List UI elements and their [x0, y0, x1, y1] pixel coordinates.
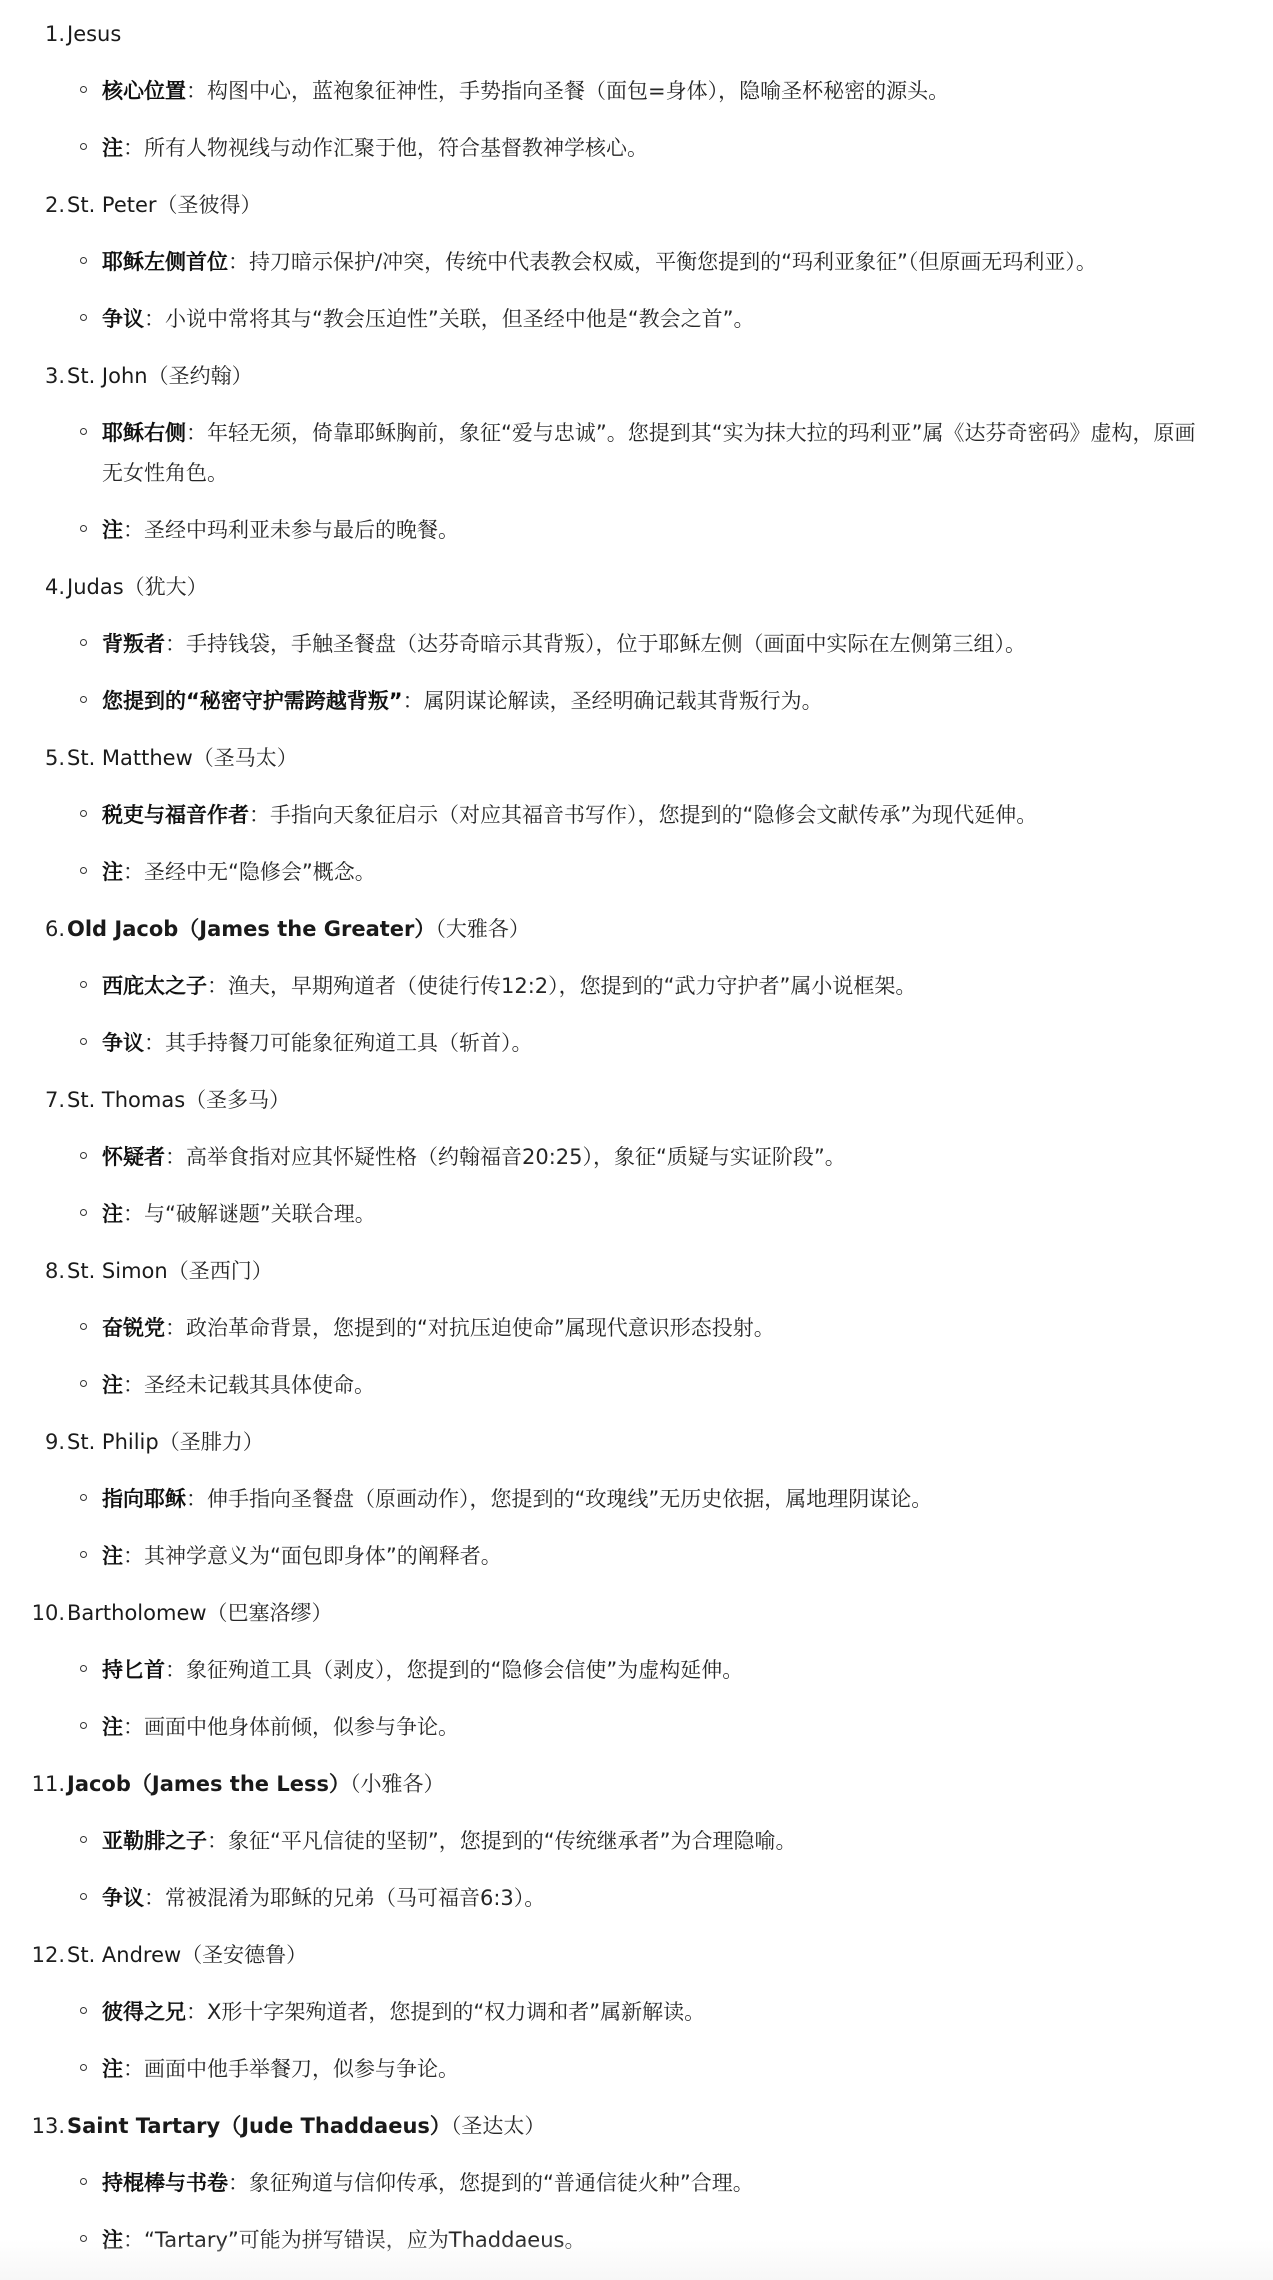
hollow-circle-bullet-icon — [80, 1494, 87, 1501]
note-label: 争议 — [102, 1031, 144, 1055]
apostle-name-english: St. Thomas — [67, 1088, 185, 1112]
note-list: 背叛者：手持钱袋，手触圣餐盘（达芬奇暗示其背叛），位于耶稣左侧（画面中实际在左侧… — [67, 624, 1200, 721]
apostle-name-english: Judas — [67, 575, 124, 599]
apostle-item: 12.St. Andrew（圣安德鲁）彼得之兄：X形十字架殉道者，您提到的“权力… — [67, 1935, 1200, 2089]
list-number: 9. — [45, 1422, 65, 1462]
note-item: 奋锐党：政治革命背景，您提到的“对抗压迫使命”属现代意识形态投射。 — [67, 1308, 1200, 1348]
note-label: 争议 — [102, 307, 144, 331]
note-text: 常被混淆为耶稣的兄弟（马可福音6:3）。 — [165, 1886, 545, 1910]
note-separator: ： — [123, 1544, 144, 1568]
note-label: 西庇太之子 — [102, 974, 207, 998]
apostle-heading: 7.St. Thomas（圣多马） — [67, 1080, 1200, 1120]
note-label: 您提到的“秘密守护需跨越背叛” — [102, 689, 403, 713]
note-label: 注 — [102, 518, 123, 542]
apostle-item: 13.Saint Tartary（Jude Thaddaeus）（圣达太）持棍棒… — [67, 2106, 1200, 2260]
apostle-name-chinese: （大雅各） — [435, 917, 530, 941]
hollow-circle-bullet-icon — [80, 525, 87, 532]
note-text: 伸手指向圣餐盘（原画动作），您提到的“玫瑰线”无历史依据，属地理阴谋论。 — [207, 1487, 932, 1511]
note-item: 注：圣经未记载其具体使命。 — [67, 1365, 1200, 1405]
note-label: 持匕首 — [102, 1658, 165, 1682]
note-label: 争议 — [102, 1886, 144, 1910]
note-item: 背叛者：手持钱袋，手触圣餐盘（达芬奇暗示其背叛），位于耶稣左侧（画面中实际在左侧… — [67, 624, 1200, 664]
hollow-circle-bullet-icon — [80, 810, 87, 817]
list-number: 3. — [45, 356, 65, 396]
apostle-name-english: Jesus — [67, 22, 121, 46]
hollow-circle-bullet-icon — [80, 1152, 87, 1159]
note-text: 高举食指对应其怀疑性格（约翰福音20:25），象征“质疑与实证阶段”。 — [186, 1145, 846, 1169]
apostle-heading: 4.Judas（犹大） — [67, 567, 1200, 607]
apostle-name-english: Old Jacob（James the Greater） — [67, 917, 435, 941]
note-separator: ： — [165, 1316, 186, 1340]
note-item: 注：其神学意义为“面包即身体”的阐释者。 — [67, 1536, 1200, 1576]
note-label: 耶稣右侧 — [102, 421, 186, 445]
note-separator: ： — [186, 421, 207, 445]
note-item: 耶稣右侧：年轻无须，倚靠耶稣胸前，象征“爱与忠诚”。您提到其“实为抹大拉的玛利亚… — [67, 413, 1200, 493]
apostle-item: 11.Jacob（James the Less）（小雅各）亚勒腓之子：象征“平凡… — [67, 1764, 1200, 1918]
apostle-item: 6.Old Jacob（James the Greater）（大雅各）西庇太之子… — [67, 909, 1200, 1063]
note-label: 耶稣左侧首位 — [102, 250, 228, 274]
apostle-heading: 3.St. John（圣约翰） — [67, 356, 1200, 396]
apostle-name-english: St. Philip — [67, 1430, 159, 1454]
hollow-circle-bullet-icon — [80, 1893, 87, 1900]
note-separator: ： — [165, 632, 186, 656]
note-list: 彼得之兄：X形十字架殉道者，您提到的“权力调和者”属新解读。注：画面中他手举餐刀… — [67, 1992, 1200, 2089]
note-item: 税吏与福音作者：手指向天象征启示（对应其福音书写作），您提到的“隐修会文献传承”… — [67, 795, 1200, 835]
note-text: 象征“平凡信徒的坚韧”，您提到的“传统继承者”为合理隐喻。 — [228, 1829, 797, 1853]
note-label: 注 — [102, 1202, 123, 1226]
note-text: X形十字架殉道者，您提到的“权力调和者”属新解读。 — [207, 2000, 705, 2024]
note-text: 其神学意义为“面包即身体”的阐释者。 — [144, 1544, 502, 1568]
note-list: 持匕首：象征殉道工具（剥皮），您提到的“隐修会信使”为虚构延伸。注：画面中他身体… — [67, 1650, 1200, 1747]
hollow-circle-bullet-icon — [80, 639, 87, 646]
note-item: 注：画面中他身体前倾，似参与争论。 — [67, 1707, 1200, 1747]
apostle-heading: 5.St. Matthew（圣马太） — [67, 738, 1200, 778]
hollow-circle-bullet-icon — [80, 1323, 87, 1330]
apostle-heading: 8.St. Simon（圣西门） — [67, 1251, 1200, 1291]
apostle-name-english: Jacob（James the Less） — [67, 1772, 350, 1796]
note-separator: ： — [165, 1145, 186, 1169]
apostle-name-chinese: （小雅各） — [350, 1772, 445, 1796]
note-list: 西庇太之子：渔夫，早期殉道者（使徒行传12:2），您提到的“武力守护者”属小说框… — [67, 966, 1200, 1063]
list-number: 6. — [45, 909, 65, 949]
apostle-heading: 2.St. Peter（圣彼得） — [67, 185, 1200, 225]
apostle-item: 4.Judas（犹大）背叛者：手持钱袋，手触圣餐盘（达芬奇暗示其背叛），位于耶稣… — [67, 567, 1200, 721]
note-item: 注：画面中他手举餐刀，似参与争论。 — [67, 2049, 1200, 2089]
apostle-name-english: St. Matthew — [67, 746, 193, 770]
note-separator: ： — [144, 1886, 165, 1910]
note-separator: ： — [186, 1487, 207, 1511]
note-item: 持匕首：象征殉道工具（剥皮），您提到的“隐修会信使”为虚构延伸。 — [67, 1650, 1200, 1690]
apostle-name-english: St. Andrew — [67, 1943, 181, 1967]
note-label: 注 — [102, 136, 123, 160]
note-item: 亚勒腓之子：象征“平凡信徒的坚韧”，您提到的“传统继承者”为合理隐喻。 — [67, 1821, 1200, 1861]
hollow-circle-bullet-icon — [80, 867, 87, 874]
apostle-heading: 1.Jesus — [67, 14, 1200, 54]
hollow-circle-bullet-icon — [80, 1038, 87, 1045]
note-text: 圣经未记载其具体使命。 — [144, 1373, 375, 1397]
note-label: 注 — [102, 1544, 123, 1568]
apostle-heading: 9.St. Philip（圣腓力） — [67, 1422, 1200, 1462]
note-separator: ： — [249, 803, 270, 827]
apostle-name-english: St. Simon — [67, 1259, 168, 1283]
note-item: 耶稣左侧首位：持刀暗示保护/冲突，传统中代表教会权威，平衡您提到的“玛利亚象征”… — [67, 242, 1200, 282]
list-number: 5. — [45, 738, 65, 778]
note-item: 争议：小说中常将其与“教会压迫性”关联，但圣经中他是“教会之首”。 — [67, 299, 1200, 339]
note-text: 圣经中无“隐修会”概念。 — [144, 860, 376, 884]
apostle-name-chinese: （圣多马） — [185, 1088, 290, 1112]
list-number: 4. — [45, 567, 65, 607]
note-text: 持刀暗示保护/冲突，传统中代表教会权威，平衡您提到的“玛利亚象征”（但原画无玛利… — [249, 250, 1097, 274]
note-separator: ： — [123, 136, 144, 160]
note-label: 背叛者 — [102, 632, 165, 656]
note-separator: ： — [144, 1031, 165, 1055]
note-list: 亚勒腓之子：象征“平凡信徒的坚韧”，您提到的“传统继承者”为合理隐喻。争议：常被… — [67, 1821, 1200, 1918]
apostle-name-chinese: （圣彼得） — [157, 193, 262, 217]
note-item: 争议：常被混淆为耶稣的兄弟（马可福音6:3）。 — [67, 1878, 1200, 1918]
note-item: 怀疑者：高举食指对应其怀疑性格（约翰福音20:25），象征“质疑与实证阶段”。 — [67, 1137, 1200, 1177]
note-separator: ： — [186, 2000, 207, 2024]
note-text: 圣经中玛利亚未参与最后的晚餐。 — [144, 518, 459, 542]
note-text: 与“破解谜题”关联合理。 — [144, 1202, 376, 1226]
hollow-circle-bullet-icon — [80, 1380, 87, 1387]
apostle-name-english: Bartholomew — [67, 1601, 207, 1625]
note-label: 指向耶稣 — [102, 1487, 186, 1511]
apostle-list: 1.Jesus核心位置：构图中心，蓝袍象征神性，手势指向圣餐（面包=身体），隐喻… — [0, 14, 1200, 2260]
note-list: 奋锐党：政治革命背景，您提到的“对抗压迫使命”属现代意识形态投射。注：圣经未记载… — [67, 1308, 1200, 1405]
apostle-heading: 13.Saint Tartary（Jude Thaddaeus）（圣达太） — [67, 2106, 1200, 2146]
note-item: 注：圣经中玛利亚未参与最后的晚餐。 — [67, 510, 1200, 550]
note-separator: ： — [123, 518, 144, 542]
note-text: 渔夫，早期殉道者（使徒行传12:2），您提到的“武力守护者”属小说框架。 — [228, 974, 916, 998]
list-number: 2. — [45, 185, 65, 225]
apostle-item: 7.St. Thomas（圣多马）怀疑者：高举食指对应其怀疑性格（约翰福音20:… — [67, 1080, 1200, 1234]
apostle-name-english: Saint Tartary（Jude Thaddaeus） — [67, 2114, 451, 2138]
note-text: 象征殉道工具（剥皮），您提到的“隐修会信使”为虚构延伸。 — [186, 1658, 743, 1682]
hollow-circle-bullet-icon — [80, 1551, 87, 1558]
note-separator: ： — [123, 860, 144, 884]
hollow-circle-bullet-icon — [80, 86, 87, 93]
note-separator: ： — [123, 1373, 144, 1397]
list-number: 12. — [32, 1935, 65, 1975]
note-label: 注 — [102, 2228, 123, 2252]
apostle-name-english: St. Peter — [67, 193, 157, 217]
hollow-circle-bullet-icon — [80, 696, 87, 703]
note-separator: ： — [403, 689, 424, 713]
hollow-circle-bullet-icon — [80, 2178, 87, 2185]
hollow-circle-bullet-icon — [80, 2064, 87, 2071]
apostle-item: 2.St. Peter（圣彼得）耶稣左侧首位：持刀暗示保护/冲突，传统中代表教会… — [67, 185, 1200, 339]
hollow-circle-bullet-icon — [80, 1722, 87, 1729]
note-text: “Tartary”可能为拼写错误，应为Thaddaeus。 — [144, 2228, 585, 2252]
apostle-name-chinese: （巴塞洛缪） — [207, 1601, 333, 1625]
hollow-circle-bullet-icon — [80, 257, 87, 264]
apostle-item: 3.St. John（圣约翰）耶稣右侧：年轻无须，倚靠耶稣胸前，象征“爱与忠诚”… — [67, 356, 1200, 550]
hollow-circle-bullet-icon — [80, 428, 87, 435]
hollow-circle-bullet-icon — [80, 981, 87, 988]
note-text: 其手持餐刀可能象征殉道工具（斩首）。 — [165, 1031, 533, 1055]
hollow-circle-bullet-icon — [80, 1836, 87, 1843]
apostle-name-chinese: （圣约翰） — [148, 364, 253, 388]
apostle-item: 10.Bartholomew（巴塞洛缪）持匕首：象征殉道工具（剥皮），您提到的“… — [67, 1593, 1200, 1747]
note-item: 争议：其手持餐刀可能象征殉道工具（斩首）。 — [67, 1023, 1200, 1063]
note-list: 税吏与福音作者：手指向天象征启示（对应其福音书写作），您提到的“隐修会文献传承”… — [67, 795, 1200, 892]
note-text: 所有人物视线与动作汇聚于他，符合基督教神学核心。 — [144, 136, 648, 160]
apostle-heading: 11.Jacob（James the Less）（小雅各） — [67, 1764, 1200, 1804]
apostle-item: 1.Jesus核心位置：构图中心，蓝袍象征神性，手势指向圣餐（面包=身体），隐喻… — [67, 14, 1200, 168]
note-label: 注 — [102, 1373, 123, 1397]
hollow-circle-bullet-icon — [80, 143, 87, 150]
note-label: 彼得之兄 — [102, 2000, 186, 2024]
note-item: 指向耶稣：伸手指向圣餐盘（原画动作），您提到的“玫瑰线”无历史依据，属地理阴谋论… — [67, 1479, 1200, 1519]
apostle-name-chinese: （圣西门） — [168, 1259, 273, 1283]
note-label: 奋锐党 — [102, 1316, 165, 1340]
note-text: 构图中心，蓝袍象征神性，手势指向圣餐（面包=身体），隐喻圣杯秘密的源头。 — [207, 79, 949, 103]
note-list: 持棍棒与书卷：象征殉道与信仰传承，您提到的“普通信徒火种”合理。注：“Tarta… — [67, 2163, 1200, 2260]
note-label: 注 — [102, 860, 123, 884]
note-label: 税吏与福音作者 — [102, 803, 249, 827]
note-separator: ： — [207, 974, 228, 998]
note-label: 怀疑者 — [102, 1145, 165, 1169]
note-label: 注 — [102, 1715, 123, 1739]
note-list: 耶稣左侧首位：持刀暗示保护/冲突，传统中代表教会权威，平衡您提到的“玛利亚象征”… — [67, 242, 1200, 339]
note-text: 手持钱袋，手触圣餐盘（达芬奇暗示其背叛），位于耶稣左侧（画面中实际在左侧第三组）… — [186, 632, 1026, 656]
list-number: 11. — [32, 1764, 65, 1804]
note-label: 注 — [102, 2057, 123, 2081]
note-text: 画面中他手举餐刀，似参与争论。 — [144, 2057, 459, 2081]
note-list: 耶稣右侧：年轻无须，倚靠耶稣胸前，象征“爱与忠诚”。您提到其“实为抹大拉的玛利亚… — [67, 413, 1200, 550]
note-separator: ： — [165, 1658, 186, 1682]
hollow-circle-bullet-icon — [80, 1209, 87, 1216]
note-text: 手指向天象征启示（对应其福音书写作），您提到的“隐修会文献传承”为现代延伸。 — [270, 803, 1037, 827]
list-number: 8. — [45, 1251, 65, 1291]
note-item: 注：“Tartary”可能为拼写错误，应为Thaddaeus。 — [67, 2220, 1200, 2260]
apostle-name-chinese: （圣安德鲁） — [181, 1943, 307, 1967]
note-text: 属阴谋论解读，圣经明确记载其背叛行为。 — [424, 689, 823, 713]
apostle-heading: 6.Old Jacob（James the Greater）（大雅各） — [67, 909, 1200, 949]
apostle-name-chinese: （圣达太） — [451, 2114, 546, 2138]
note-separator: ： — [123, 1202, 144, 1226]
note-separator: ： — [207, 1829, 228, 1853]
note-item: 注：与“破解谜题”关联合理。 — [67, 1194, 1200, 1234]
note-separator: ： — [144, 307, 165, 331]
list-number: 10. — [32, 1593, 65, 1633]
note-text: 年轻无须，倚靠耶稣胸前，象征“爱与忠诚”。您提到其“实为抹大拉的玛利亚”属《达芬… — [102, 421, 1196, 485]
note-item: 注：圣经中无“隐修会”概念。 — [67, 852, 1200, 892]
note-text: 象征殉道与信仰传承，您提到的“普通信徒火种”合理。 — [249, 2171, 754, 2195]
note-text: 政治革命背景，您提到的“对抗压迫使命”属现代意识形态投射。 — [186, 1316, 775, 1340]
hollow-circle-bullet-icon — [80, 2007, 87, 2014]
apostle-heading: 12.St. Andrew（圣安德鲁） — [67, 1935, 1200, 1975]
list-number: 7. — [45, 1080, 65, 1120]
note-item: 持棍棒与书卷：象征殉道与信仰传承，您提到的“普通信徒火种”合理。 — [67, 2163, 1200, 2203]
note-label: 核心位置 — [102, 79, 186, 103]
list-number: 13. — [32, 2106, 65, 2146]
note-text: 小说中常将其与“教会压迫性”关联，但圣经中他是“教会之首”。 — [165, 307, 755, 331]
note-separator: ： — [123, 2228, 144, 2252]
hollow-circle-bullet-icon — [80, 314, 87, 321]
apostle-heading: 10.Bartholomew（巴塞洛缪） — [67, 1593, 1200, 1633]
apostle-item: 8.St. Simon（圣西门）奋锐党：政治革命背景，您提到的“对抗压迫使命”属… — [67, 1251, 1200, 1405]
hollow-circle-bullet-icon — [80, 1665, 87, 1672]
note-item: 核心位置：构图中心，蓝袍象征神性，手势指向圣餐（面包=身体），隐喻圣杯秘密的源头… — [67, 71, 1200, 111]
note-item: 您提到的“秘密守护需跨越背叛”：属阴谋论解读，圣经明确记载其背叛行为。 — [67, 681, 1200, 721]
hollow-circle-bullet-icon — [80, 2235, 87, 2242]
note-separator: ： — [228, 250, 249, 274]
document-body: 1.Jesus核心位置：构图中心，蓝袍象征神性，手势指向圣餐（面包=身体），隐喻… — [0, 0, 1200, 2277]
apostle-name-chinese: （圣腓力） — [159, 1430, 264, 1454]
note-list: 指向耶稣：伸手指向圣餐盘（原画动作），您提到的“玫瑰线”无历史依据，属地理阴谋论… — [67, 1479, 1200, 1576]
note-label: 亚勒腓之子 — [102, 1829, 207, 1853]
note-separator: ： — [123, 1715, 144, 1739]
note-separator: ： — [228, 2171, 249, 2195]
note-text: 画面中他身体前倾，似参与争论。 — [144, 1715, 459, 1739]
note-separator: ： — [186, 79, 207, 103]
apostle-name-english: St. John — [67, 364, 148, 388]
note-item: 注：所有人物视线与动作汇聚于他，符合基督教神学核心。 — [67, 128, 1200, 168]
apostle-item: 5.St. Matthew（圣马太）税吏与福音作者：手指向天象征启示（对应其福音… — [67, 738, 1200, 892]
note-item: 西庇太之子：渔夫，早期殉道者（使徒行传12:2），您提到的“武力守护者”属小说框… — [67, 966, 1200, 1006]
apostle-item: 9.St. Philip（圣腓力）指向耶稣：伸手指向圣餐盘（原画动作），您提到的… — [67, 1422, 1200, 1576]
note-label: 持棍棒与书卷 — [102, 2171, 228, 2195]
note-list: 核心位置：构图中心，蓝袍象征神性，手势指向圣餐（面包=身体），隐喻圣杯秘密的源头… — [67, 71, 1200, 168]
apostle-name-chinese: （圣马太） — [193, 746, 298, 770]
apostle-name-chinese: （犹大） — [124, 575, 208, 599]
note-item: 彼得之兄：X形十字架殉道者，您提到的“权力调和者”属新解读。 — [67, 1992, 1200, 2032]
list-number: 1. — [45, 14, 65, 54]
note-separator: ： — [123, 2057, 144, 2081]
note-list: 怀疑者：高举食指对应其怀疑性格（约翰福音20:25），象征“质疑与实证阶段”。注… — [67, 1137, 1200, 1234]
